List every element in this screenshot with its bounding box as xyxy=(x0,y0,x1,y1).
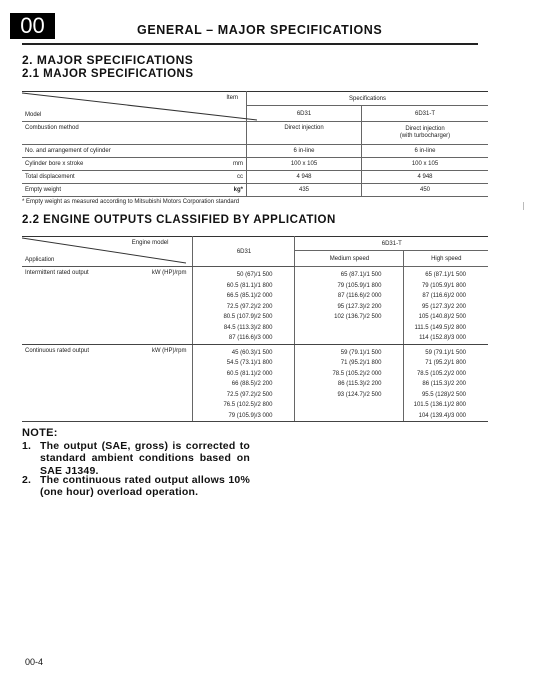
diagonal-divider xyxy=(22,92,257,121)
row-item: Combustion method xyxy=(22,122,212,145)
output-value: 78.5 (105.2)/2 000 xyxy=(295,369,404,380)
application-label xyxy=(22,358,127,369)
output-value: 72.5 (97.2)/2 200 xyxy=(193,302,295,313)
application-label xyxy=(22,400,127,411)
application-label: Continuous rated output xyxy=(22,344,127,358)
output-value: 71 (95.2)/1 800 xyxy=(295,358,404,369)
row-value: 450 xyxy=(362,184,489,197)
row-unit xyxy=(212,145,246,158)
output-value: 104 (139.4)/3 000 xyxy=(404,411,488,422)
unit-label xyxy=(127,281,193,292)
unit-label: kW (HP)/rpm xyxy=(127,267,193,281)
output-value: 60.5 (81.1)/1 800 xyxy=(193,281,295,292)
section-heading: 2. MAJOR SPECIFICATIONS xyxy=(22,53,193,67)
corner-label-item: Item xyxy=(226,95,238,101)
table-row: 66 (88.5)/2 20086 (115.3)/2 20086 (115.3… xyxy=(22,379,488,390)
table-row: 80.5 (107.9)/2 500102 (136.7)/2 500105 (… xyxy=(22,312,488,323)
section-badge: 00 xyxy=(10,13,55,39)
application-label xyxy=(22,390,127,401)
output-value: 65 (87.1)/1 500 xyxy=(295,267,404,281)
unit-label xyxy=(127,369,193,380)
row-value: 6 in-line xyxy=(362,145,489,158)
unit-label xyxy=(127,312,193,323)
unit-label xyxy=(127,400,193,411)
row-item: Cylinder bore x stroke xyxy=(22,158,212,171)
output-value: 78.5 (105.2)/2 000 xyxy=(404,369,488,380)
row-unit: mm xyxy=(212,158,246,171)
output-value: 59 (79.1)/1 500 xyxy=(404,344,488,358)
output-value xyxy=(295,323,404,334)
output-value: 72.5 (97.2)/2 500 xyxy=(193,390,295,401)
table-row: Continuous rated outputkW (HP)/rpm45 (60… xyxy=(22,344,488,358)
table-row: 66.5 (85.1)/2 00087 (116.6)/2 00087 (116… xyxy=(22,291,488,302)
application-label xyxy=(22,333,127,344)
output-value: 105 (140.8)/2 500 xyxy=(404,312,488,323)
unit-label xyxy=(127,358,193,369)
output-value: 87 (116.6)/2 000 xyxy=(295,291,404,302)
column-header-6d31: 6D31 xyxy=(193,237,295,267)
column-header-6d31-t: 6D31-T xyxy=(295,237,488,251)
application-label xyxy=(22,411,127,422)
row-value: 6 in-line xyxy=(247,145,362,158)
corner-label-model: Model xyxy=(25,112,41,118)
output-value: 76.5 (102.5)/2 800 xyxy=(193,400,295,411)
application-label xyxy=(22,302,127,313)
output-value: 114 (152.8)/3 000 xyxy=(404,333,488,344)
output-value: 95 (127.3)/2 200 xyxy=(404,302,488,313)
row-value: Direct injection (with turbocharger) xyxy=(362,122,489,145)
output-value: 79 (105.9)/1 800 xyxy=(295,281,404,292)
unit-label xyxy=(127,291,193,302)
output-value: 95.5 (128)/2 500 xyxy=(404,390,488,401)
application-label xyxy=(22,312,127,323)
output-value: 84.5 (113.3)/2 800 xyxy=(193,323,295,334)
corner-label-engine-model: Engine model xyxy=(132,240,169,246)
row-item: Total displacement xyxy=(22,171,212,184)
row-unit xyxy=(212,122,246,145)
unit-label xyxy=(127,379,193,390)
subsection-heading-2-2: 2.2 ENGINE OUTPUTS CLASSIFIED BY APPLICA… xyxy=(22,214,336,226)
application-label xyxy=(22,281,127,292)
output-value: 101.5 (136.1)/2 800 xyxy=(404,400,488,411)
unit-label xyxy=(127,302,193,313)
note-text: The output (SAE, gross) is corrected to … xyxy=(40,440,250,477)
row-unit: cc xyxy=(212,171,246,184)
output-value: 60.5 (81.1)/2 000 xyxy=(193,369,295,380)
table-row: 76.5 (102.5)/2 800101.5 (136.1)/2 800 xyxy=(22,400,488,411)
row-value: 4 948 xyxy=(247,171,362,184)
table-row: Cylinder bore x stroke mm 100 x 105 100 … xyxy=(22,158,488,171)
table-row: 60.5 (81.1)/2 00078.5 (105.2)/2 00078.5 … xyxy=(22,369,488,380)
output-value: 93 (124.7)/2 500 xyxy=(295,390,404,401)
table-row: 60.5 (81.1)/1 80079 (105.9)/1 80079 (105… xyxy=(22,281,488,292)
output-value xyxy=(295,333,404,344)
table-row: Combustion method Direct injection Direc… xyxy=(22,122,488,145)
application-label: Intermittent rated output xyxy=(22,267,127,281)
table-row: No. and arrangement of cylinder 6 in-lin… xyxy=(22,145,488,158)
model-header: 6D31-T xyxy=(362,106,489,122)
output-value: 102 (136.7)/2 500 xyxy=(295,312,404,323)
table-row: 84.5 (113.3)/2 800111.5 (149.5)/2 800 xyxy=(22,323,488,334)
output-value: 111.5 (149.5)/2 800 xyxy=(404,323,488,334)
output-value: 86 (115.3)/2 200 xyxy=(404,379,488,390)
output-value: 59 (79.1)/1 500 xyxy=(295,344,404,358)
unit-label xyxy=(127,323,193,334)
engine-outputs-table: Engine model Application 6D31 6D31-T Med… xyxy=(22,236,488,422)
row-value: 100 x 105 xyxy=(247,158,362,171)
row-value: 435 xyxy=(247,184,362,197)
unit-label xyxy=(127,390,193,401)
table-row: 54.5 (73.1)/1 80071 (95.2)/1 80071 (95.2… xyxy=(22,358,488,369)
major-specifications-table: Item Model Specifications 6D31 6D31-T Co… xyxy=(22,91,488,197)
table-footnote: * Empty weight as measured according to … xyxy=(22,199,239,205)
table-row: 79 (105.9)/3 000104 (139.4)/3 000 xyxy=(22,411,488,422)
output-value: 80.5 (107.9)/2 500 xyxy=(193,312,295,323)
output-value: 54.5 (73.1)/1 800 xyxy=(193,358,295,369)
unit-label: kW (HP)/rpm xyxy=(127,344,193,358)
note-item: 2. The continuous rated output allows 10… xyxy=(22,474,250,499)
unit-label xyxy=(127,411,193,422)
output-value xyxy=(295,400,404,411)
header-rule xyxy=(22,43,478,45)
column-header-high-speed: High speed xyxy=(404,251,488,267)
table-row: 72.5 (97.2)/2 20095 (127.3)/2 20095 (127… xyxy=(22,302,488,313)
output-value: 65 (87.1)/1 500 xyxy=(404,267,488,281)
output-value: 79 (105.9)/1 800 xyxy=(404,281,488,292)
table-row: 87 (116.6)/3 000114 (152.8)/3 000 xyxy=(22,333,488,344)
output-value: 87 (116.6)/3 000 xyxy=(193,333,295,344)
application-label xyxy=(22,379,127,390)
scan-artifact xyxy=(523,202,524,210)
page-number: 00-4 xyxy=(25,657,43,667)
table-corner-cell: Engine model Application xyxy=(22,237,193,267)
note-item: 1. The output (SAE, gross) is corrected … xyxy=(22,440,250,477)
output-value: 71 (95.2)/1 800 xyxy=(404,358,488,369)
row-value: 4 948 xyxy=(362,171,489,184)
table-corner-cell: Item Model xyxy=(22,92,247,122)
output-value: 45 (60.3)/1 500 xyxy=(193,344,295,358)
output-value: 66 (88.5)/2 200 xyxy=(193,379,295,390)
output-value: 87 (116.6)/2 000 xyxy=(404,291,488,302)
application-label xyxy=(22,291,127,302)
output-value: 86 (115.3)/2 200 xyxy=(295,379,404,390)
note-number: 1. xyxy=(22,440,31,452)
subsection-heading-2-1: 2.1 MAJOR SPECIFICATIONS xyxy=(22,68,194,80)
output-value: 79 (105.9)/3 000 xyxy=(193,411,295,422)
row-value: Direct injection xyxy=(247,122,362,145)
row-value: 100 x 105 xyxy=(362,158,489,171)
row-unit: kg* xyxy=(212,184,246,197)
application-label xyxy=(22,369,127,380)
table-row: Total displacement cc 4 948 4 948 xyxy=(22,171,488,184)
row-item: Empty weight xyxy=(22,184,212,197)
application-label xyxy=(22,323,127,334)
output-value: 66.5 (85.1)/2 000 xyxy=(193,291,295,302)
model-header: 6D31 xyxy=(247,106,362,122)
table-row: Intermittent rated outputkW (HP)/rpm50 (… xyxy=(22,267,488,281)
output-value xyxy=(295,411,404,422)
note-heading: NOTE: xyxy=(22,427,58,439)
page-header-title: GENERAL – MAJOR SPECIFICATIONS xyxy=(137,23,382,37)
corner-label-application: Application xyxy=(25,257,54,263)
table-row: 72.5 (97.2)/2 50093 (124.7)/2 50095.5 (1… xyxy=(22,390,488,401)
note-text: The continuous rated output allows 10% (… xyxy=(40,474,250,499)
output-value: 50 (67)/1 500 xyxy=(193,267,295,281)
row-item: No. and arrangement of cylinder xyxy=(22,145,212,158)
output-value: 95 (127.3)/2 200 xyxy=(295,302,404,313)
unit-label xyxy=(127,333,193,344)
note-number: 2. xyxy=(22,474,31,486)
specifications-header: Specifications xyxy=(247,92,489,106)
column-header-medium-speed: Medium speed xyxy=(295,251,404,267)
table-row: Empty weight kg* 435 450 xyxy=(22,184,488,197)
